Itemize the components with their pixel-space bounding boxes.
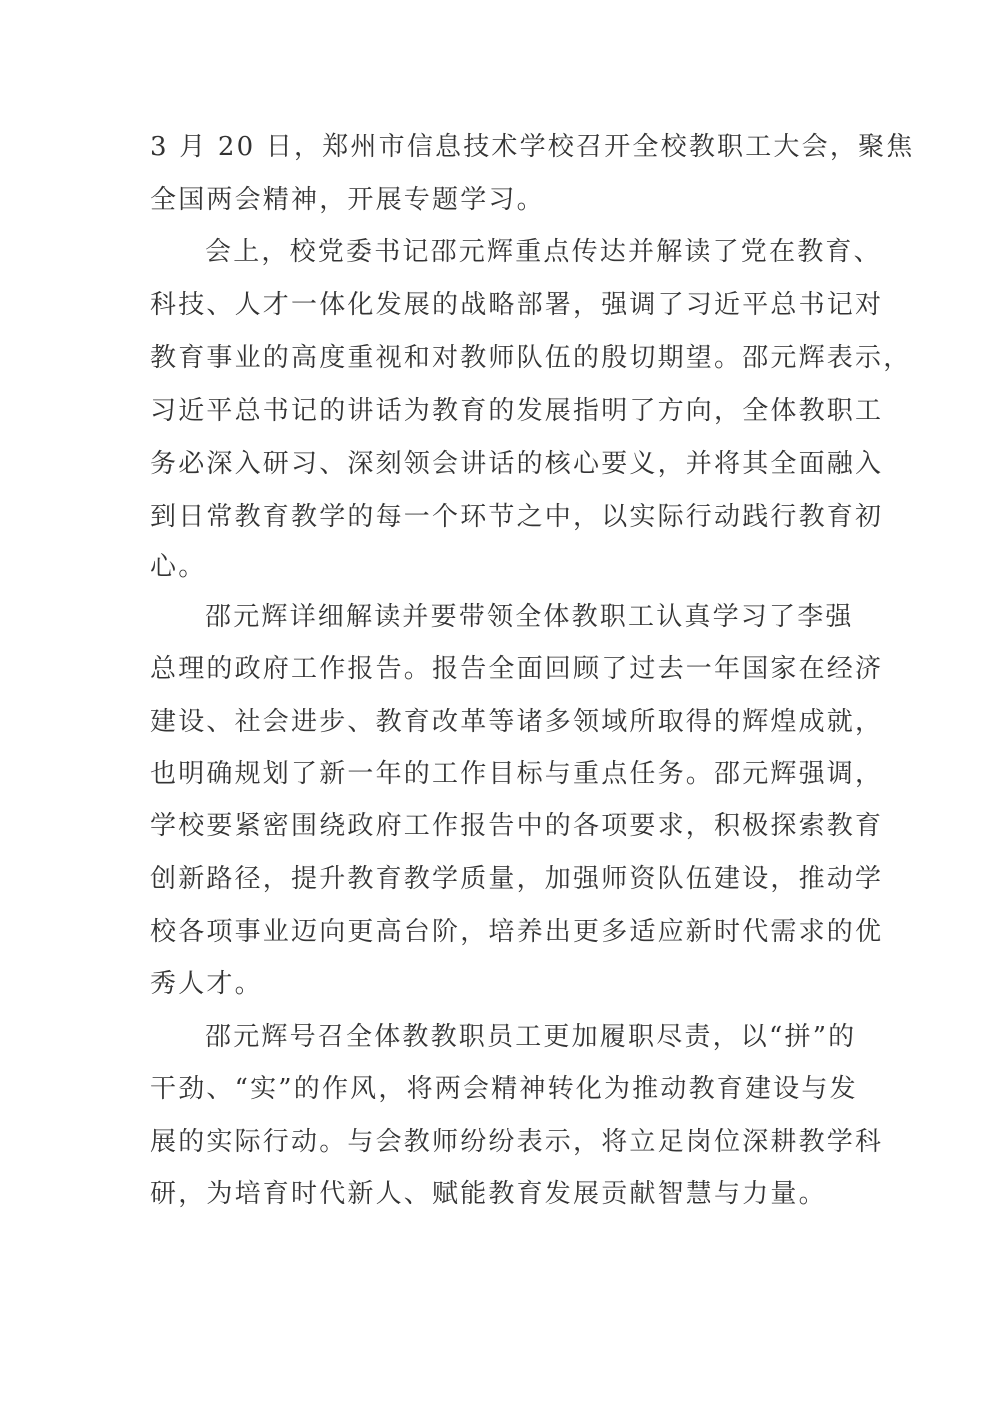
paragraph-2-line-2: 科技、人才一体化发展的战略部署，强调了习近平总书记对 bbox=[150, 288, 883, 322]
paragraph-2-line-6: 到日常教育教学的每一个环节之中，以实际行动践行教育初 bbox=[150, 500, 883, 534]
paragraph-3-line-3: 建设、社会进步、教育改革等诸多领域所取得的辉煌成就， bbox=[150, 705, 883, 739]
paragraph-2-line-5: 务必深入研习、深刻领会讲话的核心要义，并将其全面融入 bbox=[150, 447, 883, 481]
paragraph-1-line-2: 全国两会精神，开展专题学习。 bbox=[150, 183, 545, 217]
paragraph-2-line-3: 教育事业的高度重视和对教师队伍的殷切期望。邵元辉表示， bbox=[150, 341, 911, 375]
paragraph-3-line-8: 秀人才。 bbox=[150, 967, 263, 1001]
paragraph-3-line-6: 创新路径，提升教育教学质量，加强师资队伍建设，推动学 bbox=[150, 862, 883, 896]
paragraph-3-line-4: 也明确规划了新一年的工作目标与重点任务。邵元辉强调， bbox=[150, 757, 883, 791]
paragraph-4-line-2: 干劲、“实”的作风，将两会精神转化为推动教育建设与发 bbox=[150, 1072, 858, 1106]
paragraph-4-line-3: 展的实际行动。与会教师纷纷表示，将立足岗位深耕教学科 bbox=[150, 1125, 883, 1159]
paragraph-1-line-1: 3 月 20 日，郑州市信息技术学校召开全校教职工大会，聚焦 bbox=[150, 130, 914, 164]
paragraph-3-line-5: 学校要紧密围绕政府工作报告中的各项要求，积极探索教育 bbox=[150, 809, 883, 843]
paragraph-3-line-7: 校各项事业迈向更高台阶，培养出更多适应新时代需求的优 bbox=[150, 915, 883, 949]
paragraph-2-line-7: 心。 bbox=[150, 550, 206, 584]
paragraph-3-line-1: 邵元辉详细解读并要带领全体教职工认真学习了李强 bbox=[205, 600, 854, 634]
paragraph-3-line-2: 总理的政府工作报告。报告全面回顾了过去一年国家在经济 bbox=[150, 652, 883, 686]
document-page: 3 月 20 日，郑州市信息技术学校召开全校教职工大会，聚焦 全国两会精神，开展… bbox=[0, 0, 1000, 1415]
paragraph-4-line-4: 研，为培育时代新人、赋能教育发展贡献智慧与力量。 bbox=[150, 1177, 827, 1211]
paragraph-2-line-1: 会上，校党委书记邵元辉重点传达并解读了党在教育、 bbox=[205, 235, 882, 269]
paragraph-4-line-1: 邵元辉号召全体教教职员工更加履职尽责，以“拼”的 bbox=[205, 1020, 856, 1054]
paragraph-2-line-4: 习近平总书记的讲话为教育的发展指明了方向，全体教职工 bbox=[150, 394, 883, 428]
